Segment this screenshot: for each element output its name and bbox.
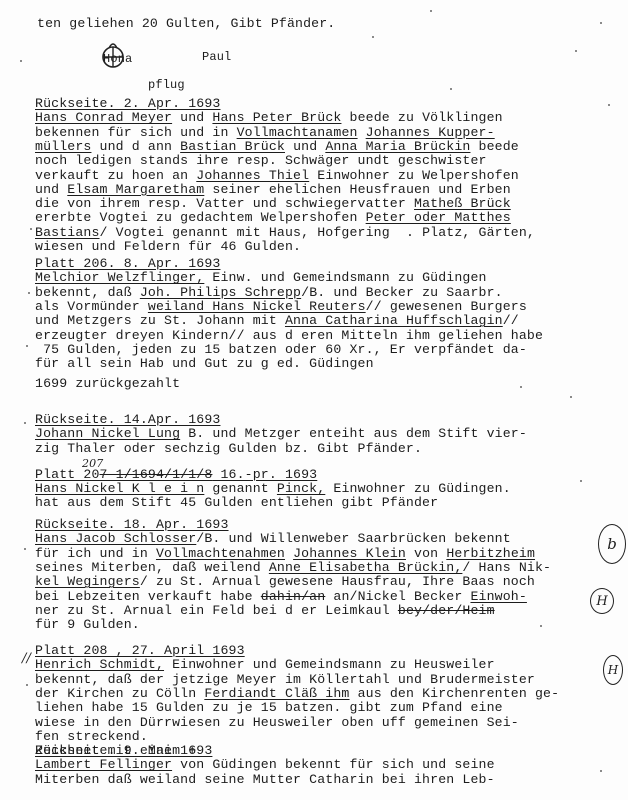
scan-speck	[28, 292, 30, 294]
text-line: zig Thaler oder sechzig Gulden bz. Gibt …	[35, 442, 422, 456]
scan-speck	[450, 88, 452, 90]
text-segment: aus den Kirchenrenten ge-	[350, 686, 560, 701]
text-segment: /B. und Becker zu Saarbr.	[301, 285, 503, 300]
underlined-name: Anna Maria Brückin	[325, 139, 470, 154]
scan-speck	[24, 548, 26, 550]
scan-speck	[20, 60, 22, 62]
text-line: liehen habe 15 Gulden zu je 15 batzen. g…	[35, 701, 503, 715]
text-segment: / zu St. Arnual gewesene Hausfrau, Ihre …	[140, 574, 535, 589]
scan-speck	[372, 36, 374, 38]
text-segment: ererbte Vogtei zu gedachtem Welpershofen	[35, 210, 366, 225]
text-segment: beede	[470, 139, 518, 154]
text-segment: und	[285, 139, 325, 154]
scan-speck	[30, 228, 32, 230]
text-segment: / Hans Nik-	[462, 560, 551, 575]
underlined-name: kel Wegingers	[35, 574, 140, 589]
scan-speck	[540, 625, 542, 627]
struck-text: bey/der/Heim	[398, 603, 495, 618]
text-segment: als Vormünder	[35, 299, 148, 314]
text-segment: fen streckend.	[35, 729, 148, 744]
heading-suffix: 16.-pr. 1693	[212, 467, 317, 482]
text-line: Bastians/ Vogtei genannt mit Haus, Hofge…	[35, 226, 535, 240]
entry-heading: Platt 208 , 27. April 1693	[35, 644, 245, 658]
underlined-name: Hans Conrad Meyer	[35, 110, 172, 125]
scanned-document-page: ten geliehen 20 Gulten, Gibt Pfänder. Ho…	[0, 0, 628, 800]
signature-name-right: Paul	[202, 50, 231, 64]
text-segment: Einw. und Gemeindsmann zu Güdingen	[204, 270, 486, 285]
underlined-name: Anna Catharina Huffschlagin	[285, 313, 503, 328]
text-line: bekennt, daß der jetzige Meyer im Köller…	[35, 673, 535, 687]
underlined-name: Bastian Brück	[180, 139, 285, 154]
text-segment: noch ledigen stands ihre resp. Schwäger …	[35, 153, 487, 168]
underlined-name: Hans Peter Brück	[212, 110, 341, 125]
underlined-name: Johannes Kupper-	[366, 125, 495, 140]
text-segment: der Kirchen zu Cölln	[35, 686, 204, 701]
text-segment: seiner ehelichen Heusfrauen und Erben	[204, 182, 510, 197]
text-line: Johann Nickel Lung B. und Metzger enteih…	[35, 427, 527, 441]
text-segment: // gewesenen Burgers	[366, 299, 527, 314]
text-line: hat aus dem Stift 45 Gulden entliehen gi…	[35, 496, 438, 510]
text-line: Hans Jacob Schlosser/B. und Willenweber …	[35, 532, 511, 546]
text-segment: beede zu Völklingen	[341, 110, 502, 125]
cross-signature-mark-icon	[100, 40, 126, 70]
scan-speck	[430, 10, 432, 12]
text-line: bekennt, daß Joh. Philips Schrepp/B. und…	[35, 286, 503, 300]
underlined-name: Hans Jacob Schlosser	[35, 531, 196, 546]
text-line: verkauft zu hoen an Johannes Thiel Einwo…	[35, 169, 519, 183]
underlined-name: Anne Elisabetha Brückin,	[269, 560, 463, 575]
underlined-name: Vollmachtanamen	[237, 125, 358, 140]
text-segment: ner zu St. Arnual ein Feld bei d er Leim…	[35, 603, 398, 618]
text-segment: zig Thaler oder sechzig Gulden bz. Gibt …	[35, 441, 422, 456]
text-segment: und Metzgers zu St. Johann mit	[35, 313, 285, 328]
text-line: als Vormünder weiland Hans Nickel Reuter…	[35, 300, 527, 314]
scan-speck	[600, 22, 602, 24]
underlined-name: Henrich Schmidt,	[35, 657, 164, 672]
text-line: und Elsam Margaretham seiner ehelichen H…	[35, 183, 511, 197]
scan-speck	[575, 50, 577, 52]
underlined-name: Elsam Margaretham	[67, 182, 204, 197]
margin-mark-text: H	[596, 594, 607, 609]
entry-heading: Platt 206. 8. Apr. 1693	[35, 257, 220, 271]
text-segment: bekennt, daß	[35, 285, 140, 300]
text-segment: B. und Metzger enteiht aus dem Stift vie…	[180, 426, 527, 441]
text-segment: wiese in den Dürrwiesen zu Heusweiler ob…	[35, 715, 519, 730]
scan-speck	[26, 684, 28, 686]
text-line: seines Miterben, daß weilend Anne Elisab…	[35, 561, 551, 575]
scan-speck	[520, 386, 522, 388]
text-line: und Metzgers zu St. Johann mit Anna Cath…	[35, 314, 519, 328]
text-line: wiesen und Feldern für 46 Gulden.	[35, 240, 301, 254]
entry-heading: Rückseite. 14.Apr. 1693	[35, 413, 220, 427]
text-line: wiese in den Dürrwiesen zu Heusweiler ob…	[35, 716, 519, 730]
text-segment: erzeugter dreyen Kindern// aus d eren Mi…	[35, 328, 543, 343]
text-line: kel Wegingers/ zu St. Arnual gewesene Ha…	[35, 575, 535, 589]
underlined-name: weiland Hans Nickel Reuters	[148, 299, 366, 314]
signature-name-below: pflug	[148, 78, 185, 92]
entry-heading: Rückseite. 9. Mai 1693	[35, 744, 212, 758]
text-segment: 75 Gulden, jeden zu 15 batzen oder 60 Xr…	[35, 342, 527, 357]
text-line: 75 Gulden, jeden zu 15 batzen oder 60 Xr…	[35, 343, 527, 357]
underlined-name: Peter oder Matthes	[366, 210, 511, 225]
underlined-name: Einwoh-	[470, 589, 526, 604]
text-segment: von	[406, 546, 446, 561]
underlined-name: Ferdiandt Cläß ihm	[204, 686, 349, 701]
margin-mark-left: //	[22, 652, 31, 666]
text-line: für all sein Hab und Gut zu g ed. Güding…	[35, 357, 374, 371]
repayment-note: 1699 zurückgezahlt	[35, 377, 180, 391]
underlined-name: Matheß Brück	[414, 196, 511, 211]
text-line: noch ledigen stands ihre resp. Schwäger …	[35, 154, 487, 168]
text-segment: für 9 Gulden.	[35, 617, 140, 632]
text-segment: bekennen für sich und in	[35, 125, 237, 140]
text-segment: bei Lebzeiten verkauft habe	[35, 589, 261, 604]
text-line: Melchior Welzflinger, Einw. und Gemeinds…	[35, 271, 487, 285]
text-segment: liehen habe 15 Gulden zu je 15 batzen. g…	[35, 700, 503, 715]
text-line: Hans Nickel K l e i n genannt Pinck, Ein…	[35, 482, 511, 496]
scan-speck	[608, 104, 610, 106]
struck-text: dahin/an	[261, 589, 326, 604]
text-line: fen streckend.	[35, 730, 148, 744]
underlined-name: Vollmachtenahmen	[156, 546, 285, 561]
text-line: erzeugter dreyen Kindern// aus d eren Mi…	[35, 329, 543, 343]
text-segment: / Vogtei genannt mit Haus, Hofgering . P…	[100, 225, 535, 240]
text-segment: bekennt, daß der jetzige Meyer im Köller…	[35, 672, 535, 687]
text-segment	[285, 546, 293, 561]
text-segment: hat aus dem Stift 45 Gulden entliehen gi…	[35, 495, 438, 510]
entry-heading: Platt 207 1/1694/1/1/8 16.-pr. 1693	[35, 468, 317, 482]
text-line: ner zu St. Arnual ein Feld bei d er Leim…	[35, 604, 495, 618]
text-segment: verkauft zu hoen an	[35, 168, 196, 183]
text-segment: für all sein Hab und Gut zu g ed. Güding…	[35, 356, 374, 371]
text-segment: die von ihrem resp. Vatter und schwieger…	[35, 196, 414, 211]
scan-speck	[26, 345, 28, 347]
text-line: müllers und d ann Bastian Brück und Anna…	[35, 140, 519, 154]
text-segment: seines Miterben, daß weilend	[35, 560, 269, 575]
text-line: für 9 Gulden.	[35, 618, 140, 632]
text-segment: Einwohner und Gemeindsmann zu Heusweiler	[164, 657, 495, 672]
text-segment: von Güdingen bekennt für sich und seine	[172, 757, 495, 772]
text-segment: //	[503, 313, 519, 328]
scan-speck	[580, 480, 582, 482]
margin-mark-text: b	[607, 535, 617, 553]
underlined-name: Pinck,	[277, 481, 325, 496]
scan-speck	[24, 422, 26, 424]
text-line: Henrich Schmidt, Einwohner und Gemeindsm…	[35, 658, 495, 672]
text-line: ten geliehen 20 Gulten, Gibt Pfänder.	[37, 17, 335, 31]
text-line: ererbte Vogtei zu gedachtem Welpershofen…	[35, 211, 511, 225]
text-line: die von ihrem resp. Vatter und schwieger…	[35, 197, 511, 211]
margin-mark-text: H	[608, 663, 618, 677]
underlined-name: Herbitzheim	[446, 546, 535, 561]
text-segment: und	[35, 182, 67, 197]
margin-mark-circle: H	[590, 588, 614, 614]
text-line: für ich und in Vollmachtenahmen Johannes…	[35, 547, 535, 561]
text-line: der Kirchen zu Cölln Ferdiandt Cläß ihm …	[35, 687, 559, 701]
margin-mark-circle: b	[598, 524, 626, 564]
text-segment	[358, 125, 366, 140]
text-segment: Einwohner zu Welpershofen	[309, 168, 519, 183]
underlined-name: Johannes Thiel	[196, 168, 309, 183]
underlined-name: Johann Nickel Lung	[35, 426, 180, 441]
text-line: Lambert Fellinger von Güdingen bekennt f…	[35, 758, 495, 772]
text-segment: genannt	[204, 481, 277, 496]
text-line: bei Lebzeiten verkauft habe dahin/an an/…	[35, 590, 527, 604]
text-segment: und d ann	[91, 139, 180, 154]
underlined-name: Lambert Fellinger	[35, 757, 172, 772]
heading-prefix: Platt 20	[35, 467, 100, 482]
text-line: Hans Conrad Meyer und Hans Peter Brück b…	[35, 111, 503, 125]
entry-heading: Rückseite. 2. Apr. 1693	[35, 97, 220, 111]
text-segment: Miterben daß weiland seine Mutter Cathar…	[35, 772, 495, 787]
text-line: bekennen für sich und in Vollmachtanamen…	[35, 126, 495, 140]
underlined-name: Melchior Welzflinger,	[35, 270, 204, 285]
entry-heading: Rückseite. 18. Apr. 1693	[35, 518, 229, 532]
text-segment: /B. und Willenweber Saarbrücken bekennt	[196, 531, 511, 546]
scan-speck	[570, 396, 572, 398]
scan-speck	[600, 770, 602, 772]
underlined-name: Bastians	[35, 225, 100, 240]
struck-text: 7 1/1694/1/1/8	[100, 467, 213, 482]
underlined-name: Hans Nickel K l e i n	[35, 481, 204, 496]
text-segment: für ich und in	[35, 546, 156, 561]
text-segment: an/Nickel Becker	[325, 589, 470, 604]
text-line: Miterben daß weiland seine Mutter Cathar…	[35, 773, 495, 787]
text-segment: Einwohner zu Güdingen.	[325, 481, 510, 496]
underlined-name: müllers	[35, 139, 91, 154]
underlined-name: Johannes Klein	[293, 546, 406, 561]
underlined-name: Joh. Philips Schrepp	[140, 285, 301, 300]
text-segment: und	[172, 110, 212, 125]
text-segment: wiesen und Feldern für 46 Gulden.	[35, 239, 301, 254]
margin-mark-circle: H	[603, 655, 623, 685]
